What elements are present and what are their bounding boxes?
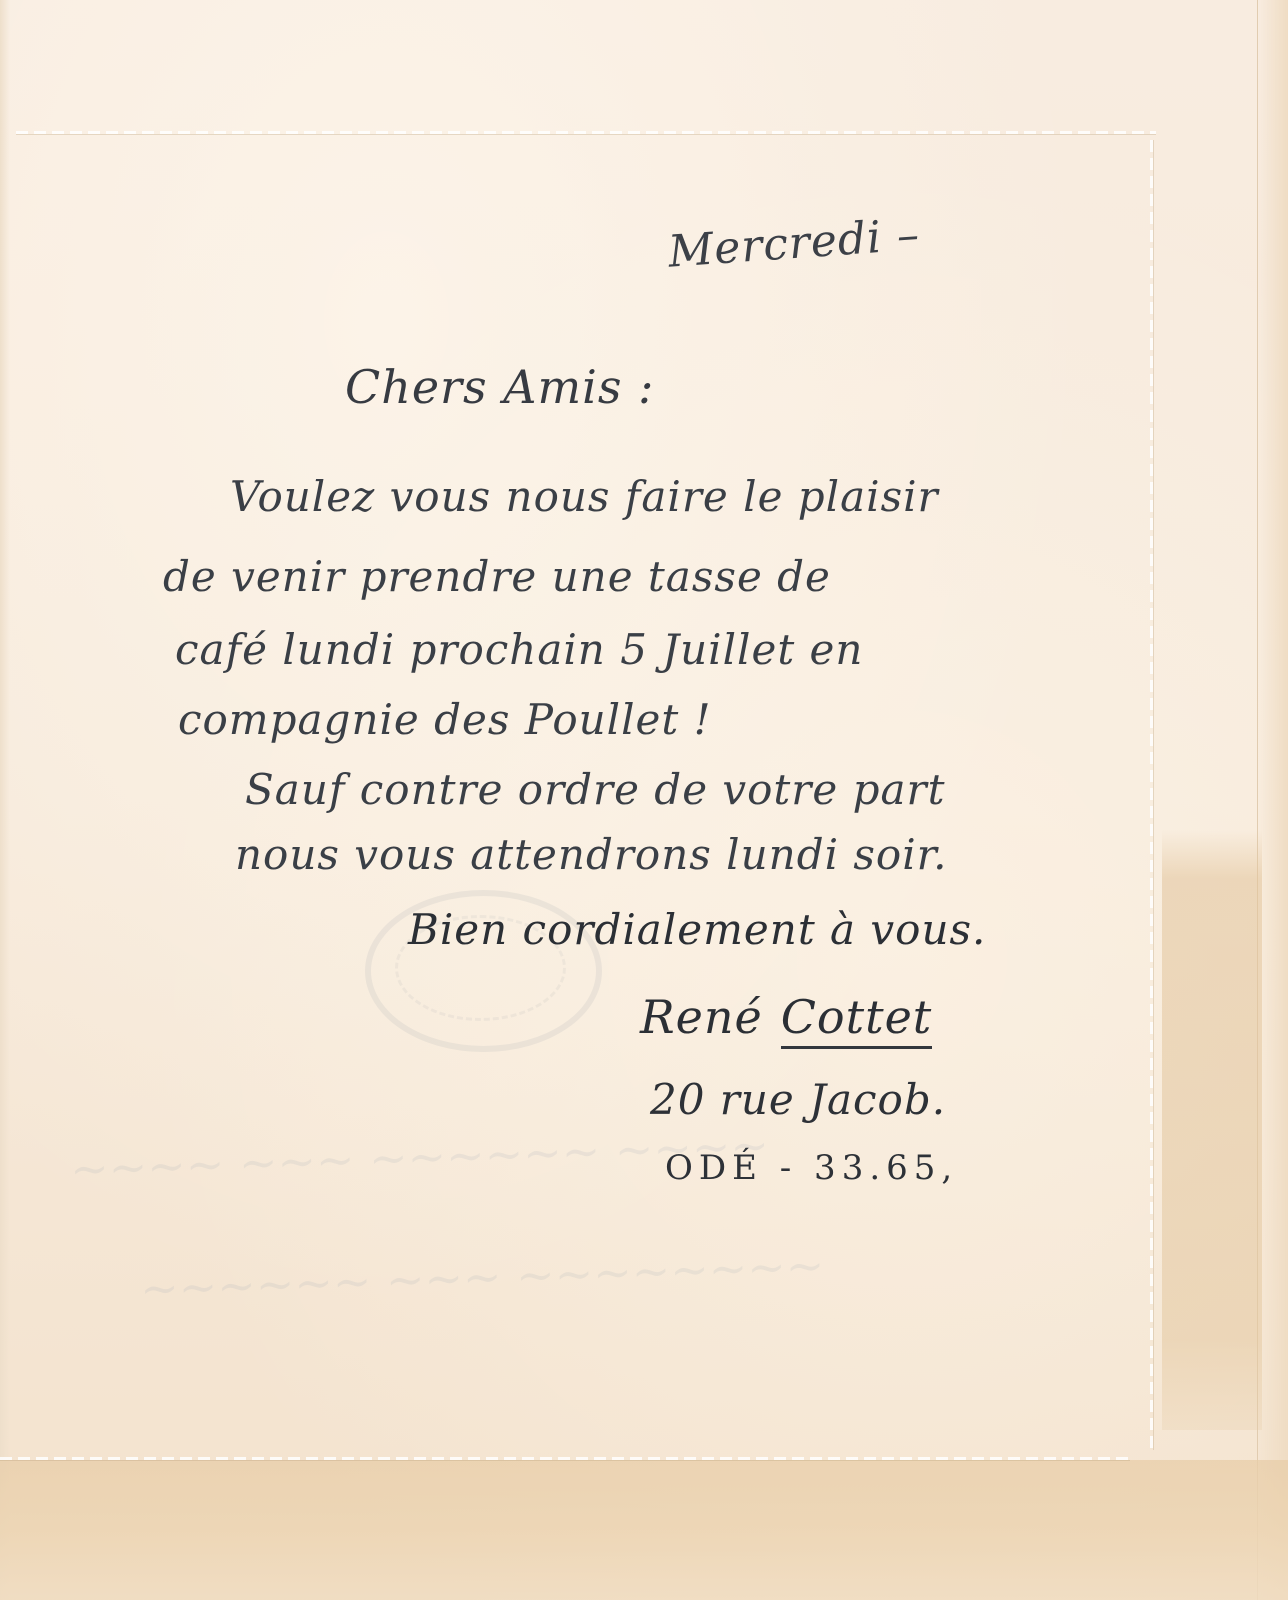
signature-last-name: Cottet bbox=[781, 990, 933, 1049]
letter-greeting: Chers Amis : bbox=[345, 360, 655, 414]
yellowed-fold-band bbox=[0, 1460, 1288, 1600]
signature-first-name: René bbox=[640, 990, 763, 1044]
bleed-through-ink: ~~~~~~ ~~~ ~~~~~~~~ bbox=[139, 1238, 825, 1316]
sender-address: 20 rue Jacob. bbox=[650, 1075, 946, 1124]
perforation-line-top bbox=[16, 131, 1156, 134]
body-line: nous vous attendrons lundi soir. bbox=[235, 830, 947, 879]
paper-edge-left bbox=[0, 0, 10, 1600]
body-line: compagnie des Poullet ! bbox=[178, 695, 712, 744]
perforation-line-right bbox=[1150, 140, 1153, 1450]
sender-phone: ODÉ - 33.65, bbox=[665, 1148, 958, 1188]
letter-date: Mercredi – bbox=[667, 209, 922, 277]
body-line: de venir prendre une tasse de bbox=[163, 552, 831, 601]
letter-sheet: ~~~~ ~~~ ~~~~~~ ~~~~ ~~~~~~ ~~~ ~~~~~~~~… bbox=[0, 0, 1288, 1600]
perforation-line-bottom bbox=[0, 1457, 1130, 1460]
yellowed-flap-right bbox=[1162, 830, 1262, 1430]
body-line: Voulez vous nous faire le plaisir bbox=[230, 472, 939, 521]
signature: RenéCottet bbox=[640, 990, 932, 1044]
letter-closing: Bien cordialement à vous. bbox=[408, 905, 986, 954]
body-line: café lundi prochain 5 Juillet en bbox=[175, 625, 863, 674]
body-line: Sauf contre ordre de votre part bbox=[245, 765, 945, 814]
